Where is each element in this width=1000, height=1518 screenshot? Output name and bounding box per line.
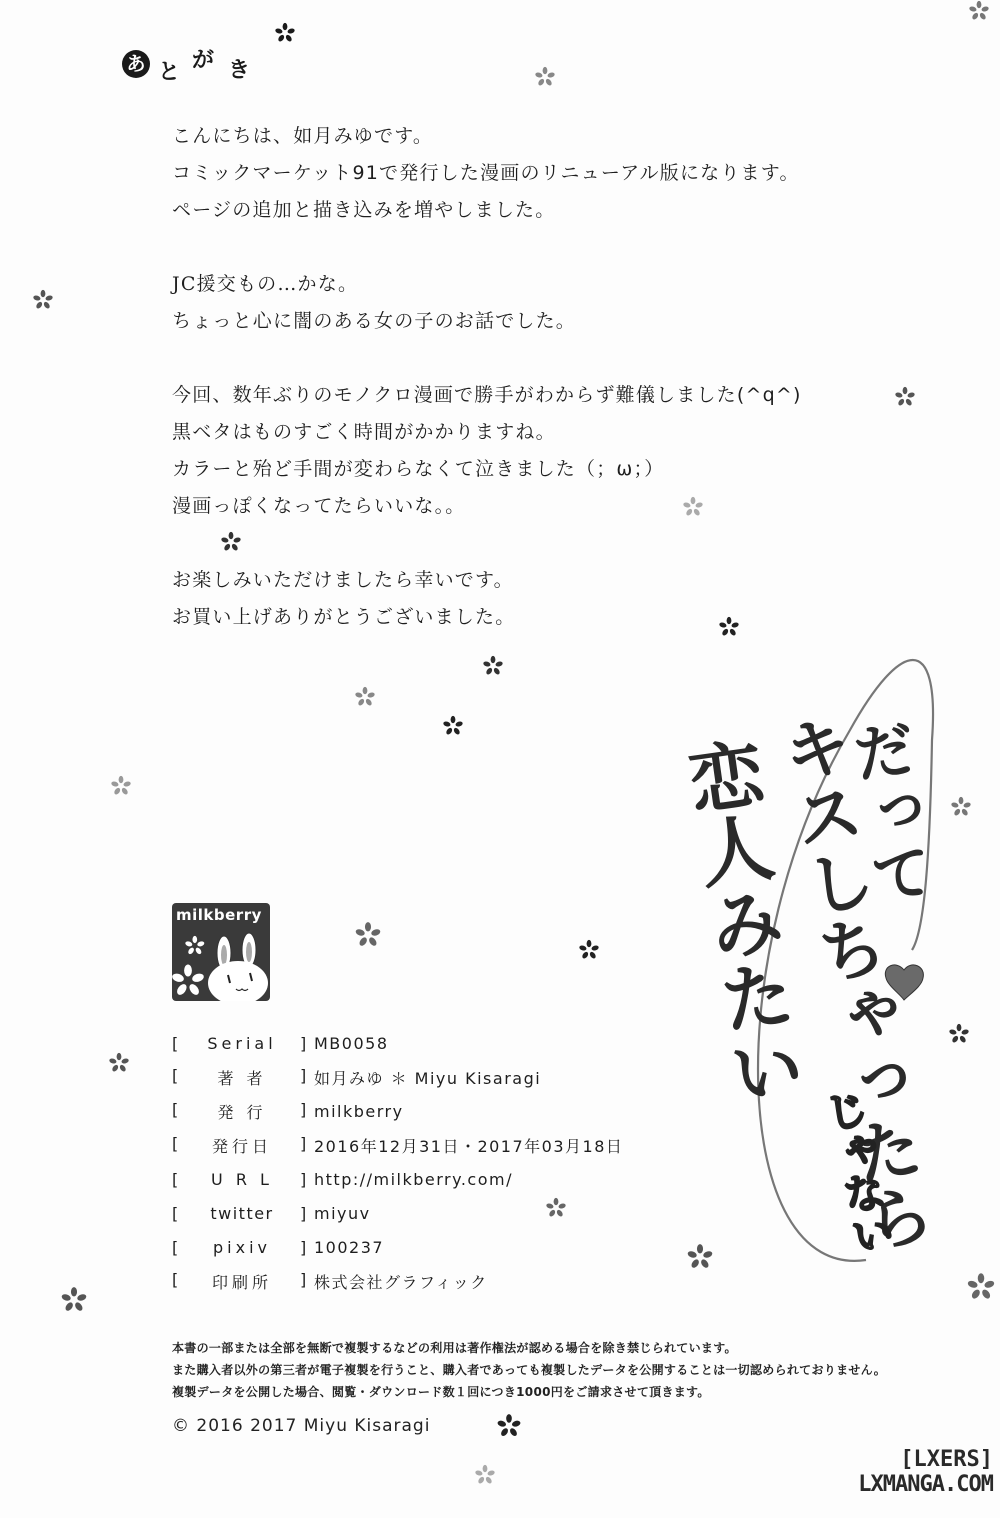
flower-icon [354,686,376,708]
afterword-body: こんにちは、如月みゆです。 コミックマーケット91で発行した漫画のリニューアル版… [172,118,932,636]
body-line: コミックマーケット91で発行した漫画のリニューアル版になります。 [172,155,932,192]
title-logo: だって キスしちゃったら 恋人みたい じゃない [640,620,980,1320]
colophon-row: [twitter] miyuv [172,1196,692,1230]
colophon-key: [印刷所] [172,1270,312,1293]
flower-icon [534,66,556,88]
flower-icon [968,0,990,22]
body-line: 黒ベタはものすごく時間がかかりますね。 [172,414,932,451]
body-line: ページの追加と描き込みを増やしました。 [172,192,932,229]
legal-line: 複製データを公開した場合、閲覧・ダウンロード数１回につき1000円をご請求させて… [172,1381,886,1403]
colophon-key: [Serial] [172,1034,312,1053]
copyright: © 2016 2017 Miyu Kisaragi [172,1416,430,1436]
watermark: [LXERS] LXMANGA.COM [838,1448,993,1498]
logo-brand-text: milkberry [176,906,262,924]
colophon-row: [発行日] 2016年12月31日・2017年03月18日 [172,1128,692,1162]
heading-char: き [228,60,250,82]
colophon-value: 100237 [312,1238,384,1257]
colophon-value: 2016年12月31日・2017年03月18日 [312,1134,623,1157]
colophon-key: [twitter] [172,1204,312,1223]
colophon-row: [Serial] MB0058 [172,1026,692,1060]
colophon-key: [発 行] [172,1100,312,1123]
flower-icon [442,715,464,737]
colophon-table: [Serial] MB0058 [著 者] 如月みゆ ＊ Miyu Kisara… [172,1026,692,1298]
body-line: ちょっと心に闇のある女の子のお話でした。 [172,303,932,340]
flower-icon [110,775,132,797]
flower-icon [482,655,504,677]
flower-icon [894,386,916,408]
heading-char: が [192,50,214,72]
legal-notice: 本書の一部または全部を無断で複製するなどの利用は著作権法が認める場合を除き禁じら… [172,1337,886,1403]
colophon-key: [発行日] [172,1134,312,1157]
colophon-key: [U R L] [172,1170,312,1189]
body-line: カラーと殆ど手間が変わらなくて泣きました（；ω；） [172,451,932,488]
milkberry-logo: milkberry [172,903,270,1001]
colophon-row: [印刷所] 株式会社グラフィック [172,1264,692,1298]
colophon-url[interactable]: http://milkberry.com/ [312,1170,513,1189]
watermark-line: LXMANGA.COM [838,1472,993,1498]
heading-char: と [158,62,180,84]
colophon-row: [著 者] 如月みゆ ＊ Miyu Kisaragi [172,1060,692,1094]
heading-circle-char: あ [122,50,150,78]
flower-icon [578,939,600,961]
colophon-key: [pixiv] [172,1238,312,1257]
legal-line: 本書の一部または全部を無断で複製するなどの利用は著作権法が認める場合を除き禁じら… [172,1337,886,1359]
colophon-value: miyuv [312,1204,371,1223]
flower-icon [108,1052,130,1074]
body-line: こんにちは、如月みゆです。 [172,118,932,155]
colophon-value: milkberry [312,1102,404,1121]
flower-icon [354,921,382,949]
body-line: 今回、数年ぶりのモノクロ漫画で勝手がわからず難儀しました(^q^) [172,377,932,414]
flower-icon [60,1286,88,1314]
colophon-value: MB0058 [312,1034,389,1053]
colophon-value: 株式会社グラフィック [312,1270,488,1293]
colophon-row: [発 行] milkberry [172,1094,692,1128]
legal-line: また購入者以外の第三者が電子複製を行うこと、購入者であっても複製したデータを公開… [172,1359,886,1381]
flower-icon [274,22,296,44]
colophon-row: [pixiv] 100237 [172,1230,692,1264]
colophon-row: [U R L] http://milkberry.com/ [172,1162,692,1196]
body-line: お楽しみいただけましたら幸いです。 [172,562,932,599]
body-line: JC援交もの…かな。 [172,266,932,303]
colophon-value: 如月みゆ ＊ Miyu Kisaragi [312,1066,541,1089]
flower-icon [496,1413,522,1439]
flower-icon [220,531,242,553]
body-line: 漫画っぽくなってたらいいな。。 [172,488,932,525]
watermark-line: [LXERS] [838,1448,993,1472]
flower-icon [474,1464,496,1486]
flower-icon [682,496,704,518]
flower-icon [32,289,54,311]
colophon-key: [著 者] [172,1066,312,1089]
